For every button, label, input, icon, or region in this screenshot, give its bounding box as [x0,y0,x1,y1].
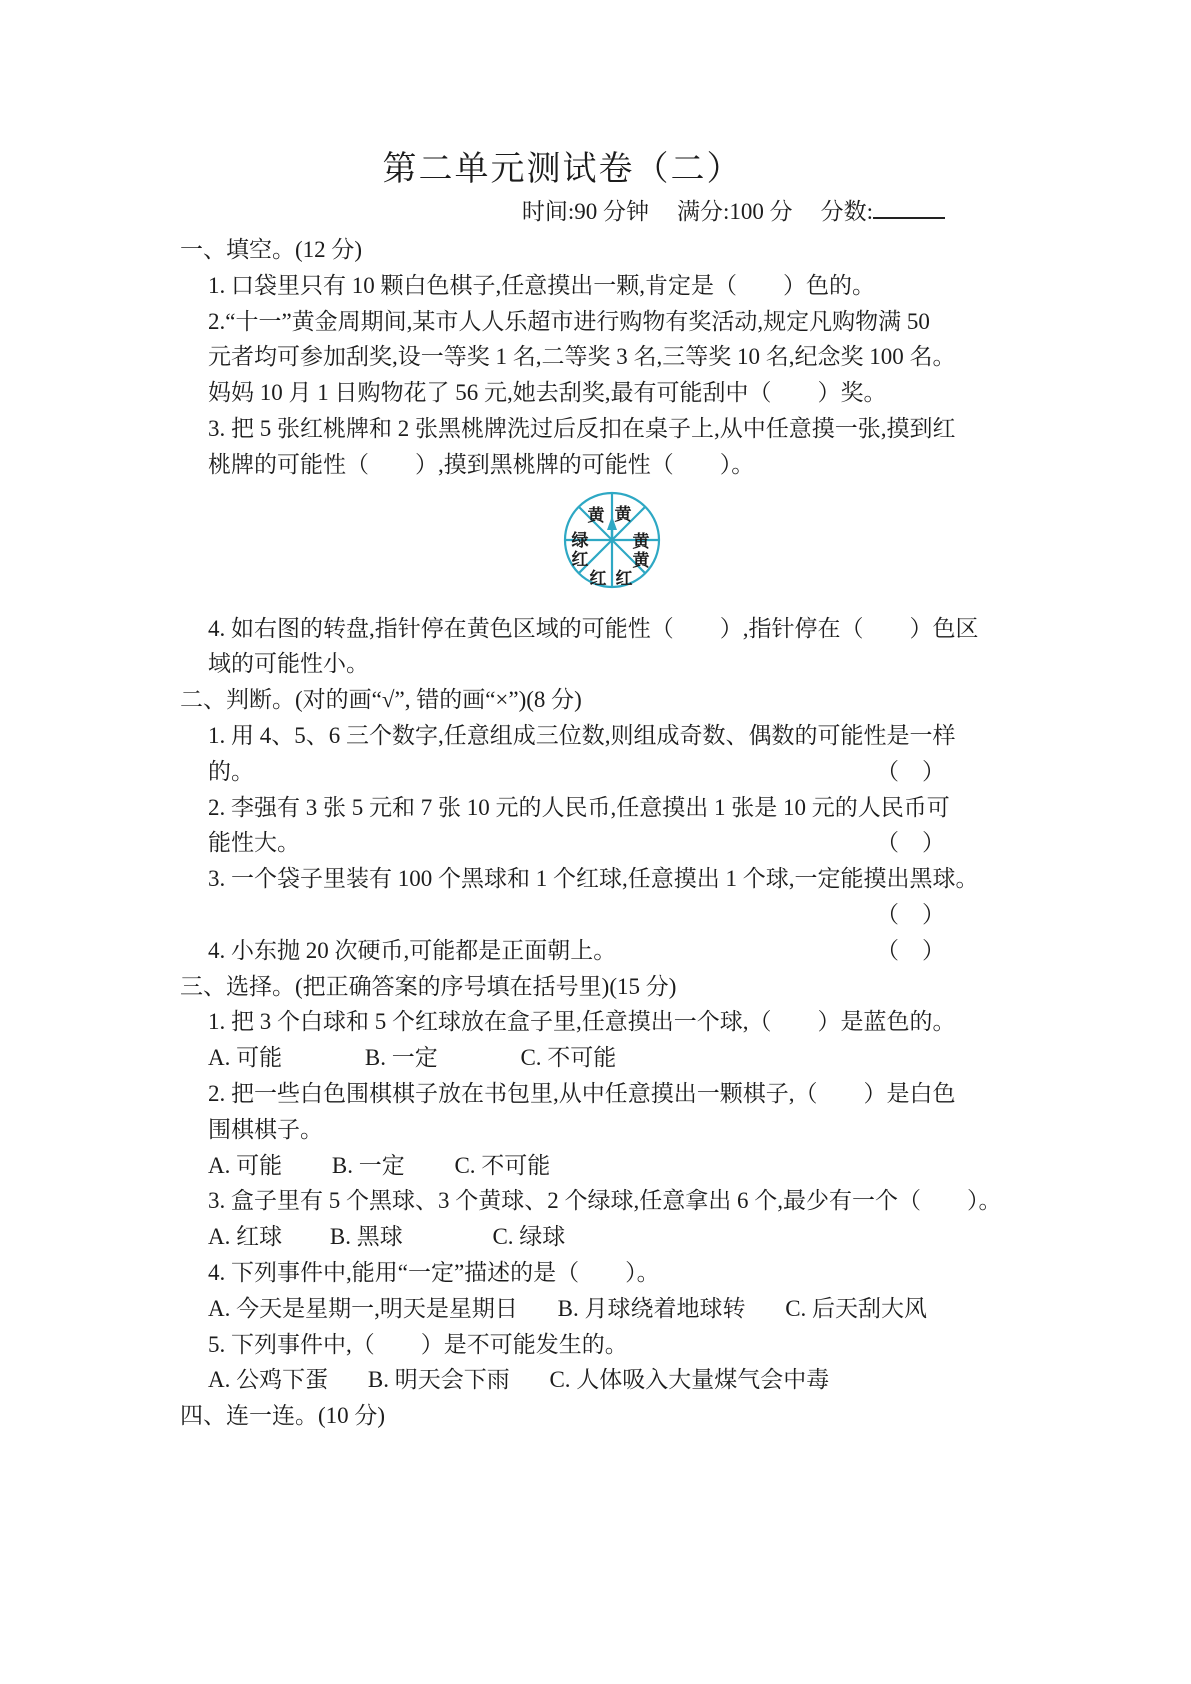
answer-bracket: （ ） [876,902,945,927]
s3-q5-text: 5. 下列事件中,（ ）是不可能发生的。 [180,1327,945,1363]
option-a: A. 可能 [208,1148,282,1184]
answer-bracket: （ ） [876,754,945,790]
s2-q4-line: 4. 小东抛 20 次硬币,可能都是正面朝上。 （ ） [180,933,945,969]
option-c: C. 人体吸入大量煤气会中毒 [549,1362,829,1398]
page-title: 第二单元测试卷（二） [180,148,945,192]
option-c: C. 后天刮大风 [785,1291,927,1327]
s1-q4-line1: 4. 如右图的转盘,指针停在黄色区域的可能性（ ）,指针停在（ ）色区 [180,611,945,647]
spinner-label: 黄 [588,506,606,525]
s2-q1-line2: 的。 （ ） [180,754,945,790]
s3-q5-options: A. 公鸡下蛋 B. 明天会下雨 C. 人体吸入大量煤气会中毒 [180,1362,945,1398]
s2-q2-line2: 能性大。 （ ） [180,825,945,861]
spinner-label: 红 [590,568,607,588]
option-b: B. 月球绕着地球转 [558,1291,746,1327]
s1-q2-line3: 妈妈 10 月 1 日购物花了 56 元,她去刮奖,最有可能刮中（ ）奖。 [180,375,945,411]
s2-q3-bracket-line: （ ） [180,897,945,933]
section-3-heading: 三、选择。(把正确答案的序号填在括号里)(15 分) [180,969,945,1005]
test-paper-page: 第二单元测试卷（二） 时间:90 分钟满分:100 分分数: 一、填空。(12 … [0,0,1191,1684]
spinner-label: 红 [616,568,633,588]
s3-q2-options: A. 可能 B. 一定 C. 不可能 [180,1148,945,1184]
s2-q1-tail: 的。 [208,754,254,790]
option-b: B. 一定 [332,1148,405,1184]
s1-q4-line2: 域的可能性小。 [180,646,945,682]
section-4-heading: 四、连一连。(10 分) [180,1398,945,1434]
s1-q1-text: 1. 口袋里只有 10 颗白色棋子,任意摸出一颗,肯定是（ ）色的。 [180,268,945,304]
s3-q4-text: 4. 下列事件中,能用“一定”描述的是（ ）。 [180,1255,945,1291]
s1-q3-line1: 3. 把 5 张红桃牌和 2 张黑桃牌洗过后反扣在桌子上,从中任意摸一张,摸到红 [180,411,945,447]
s3-q2-line2: 围棋棋子。 [180,1112,945,1148]
s2-q3-text: 3. 一个袋子里装有 100 个黑球和 1 个红球,任意摸出 1 个球,一定能摸… [180,861,945,897]
s1-q2-line1: 2.“十一”黄金周期间,某市人人乐超市进行购物有奖活动,规定凡购物满 50 [180,304,945,340]
spinner-label: 黄 [633,532,651,551]
option-c: C. 不可能 [454,1148,550,1184]
option-a: A. 可能 [208,1040,282,1076]
option-b: B. 明天会下雨 [368,1362,510,1398]
spinner-label: 黄 [633,551,651,570]
exam-full-score: 满分:100 分 [677,199,793,224]
option-c: C. 不可能 [520,1040,616,1076]
s2-q2-line1: 2. 李强有 3 张 5 元和 7 张 10 元的人民币,任意摸出 1 张是 1… [180,790,945,826]
s1-q2-line2: 元者均可参加刮奖,设一等奖 1 名,二等奖 3 名,三等奖 10 名,纪念奖 1… [180,339,945,375]
section-1-heading: 一、填空。(12 分) [180,232,945,268]
spinner-label: 红 [572,549,589,569]
s3-q1-text: 1. 把 3 个白球和 5 个红球放在盒子里,任意摸出一个球,（ ）是蓝色的。 [180,1004,945,1040]
s3-q1-options: A. 可能 B. 一定 C. 不可能 [180,1040,945,1076]
exam-time: 时间:90 分钟 [522,199,649,224]
answer-bracket: （ ） [876,825,945,861]
spinner-wheel-figure: 黄 黄 绿 黄 红 黄 红 红 [552,488,672,592]
option-a: A. 红球 [208,1219,282,1255]
s2-q4-text: 4. 小东抛 20 次硬币,可能都是正面朝上。 [208,933,616,969]
s3-q4-options: A. 今天是星期一,明天是星期日 B. 月球绕着地球转 C. 后天刮大风 [180,1291,945,1327]
option-b: B. 一定 [365,1040,438,1076]
spinner-label: 黄 [615,505,633,524]
s2-q2-tail: 能性大。 [208,825,300,861]
option-c: C. 绿球 [492,1219,565,1255]
answer-bracket: （ ） [876,933,945,969]
score-label: 分数: [821,199,873,224]
option-a: A. 公鸡下蛋 [208,1362,328,1398]
section-2-heading: 二、判断。(对的画“√”, 错的画“×”)(8 分) [180,682,945,718]
s3-q2-line1: 2. 把一些白色围棋棋子放在书包里,从中任意摸出一颗棋子,（ ）是白色 [180,1076,945,1112]
option-a: A. 今天是星期一,明天是星期日 [208,1291,518,1327]
s1-q3-line2: 桃牌的可能性（ ）,摸到黑桃牌的可能性（ ）。 [180,447,945,483]
s2-q1-line1: 1. 用 4、5、6 三个数字,任意组成三位数,则组成奇数、偶数的可能性是一样 [180,718,945,754]
s3-q3-options: A. 红球 B. 黑球 C. 绿球 [180,1219,945,1255]
score-blank-line [873,197,945,219]
s3-q3-text: 3. 盒子里有 5 个黑球、3 个黄球、2 个绿球,任意拿出 6 个,最少有一个… [180,1183,945,1219]
option-b: B. 黑球 [330,1219,403,1255]
spinner-label: 绿 [572,530,589,550]
paper-content: 第二单元测试卷（二） 时间:90 分钟满分:100 分分数: 一、填空。(12 … [180,148,945,1434]
exam-meta: 时间:90 分钟满分:100 分分数: [180,192,945,232]
